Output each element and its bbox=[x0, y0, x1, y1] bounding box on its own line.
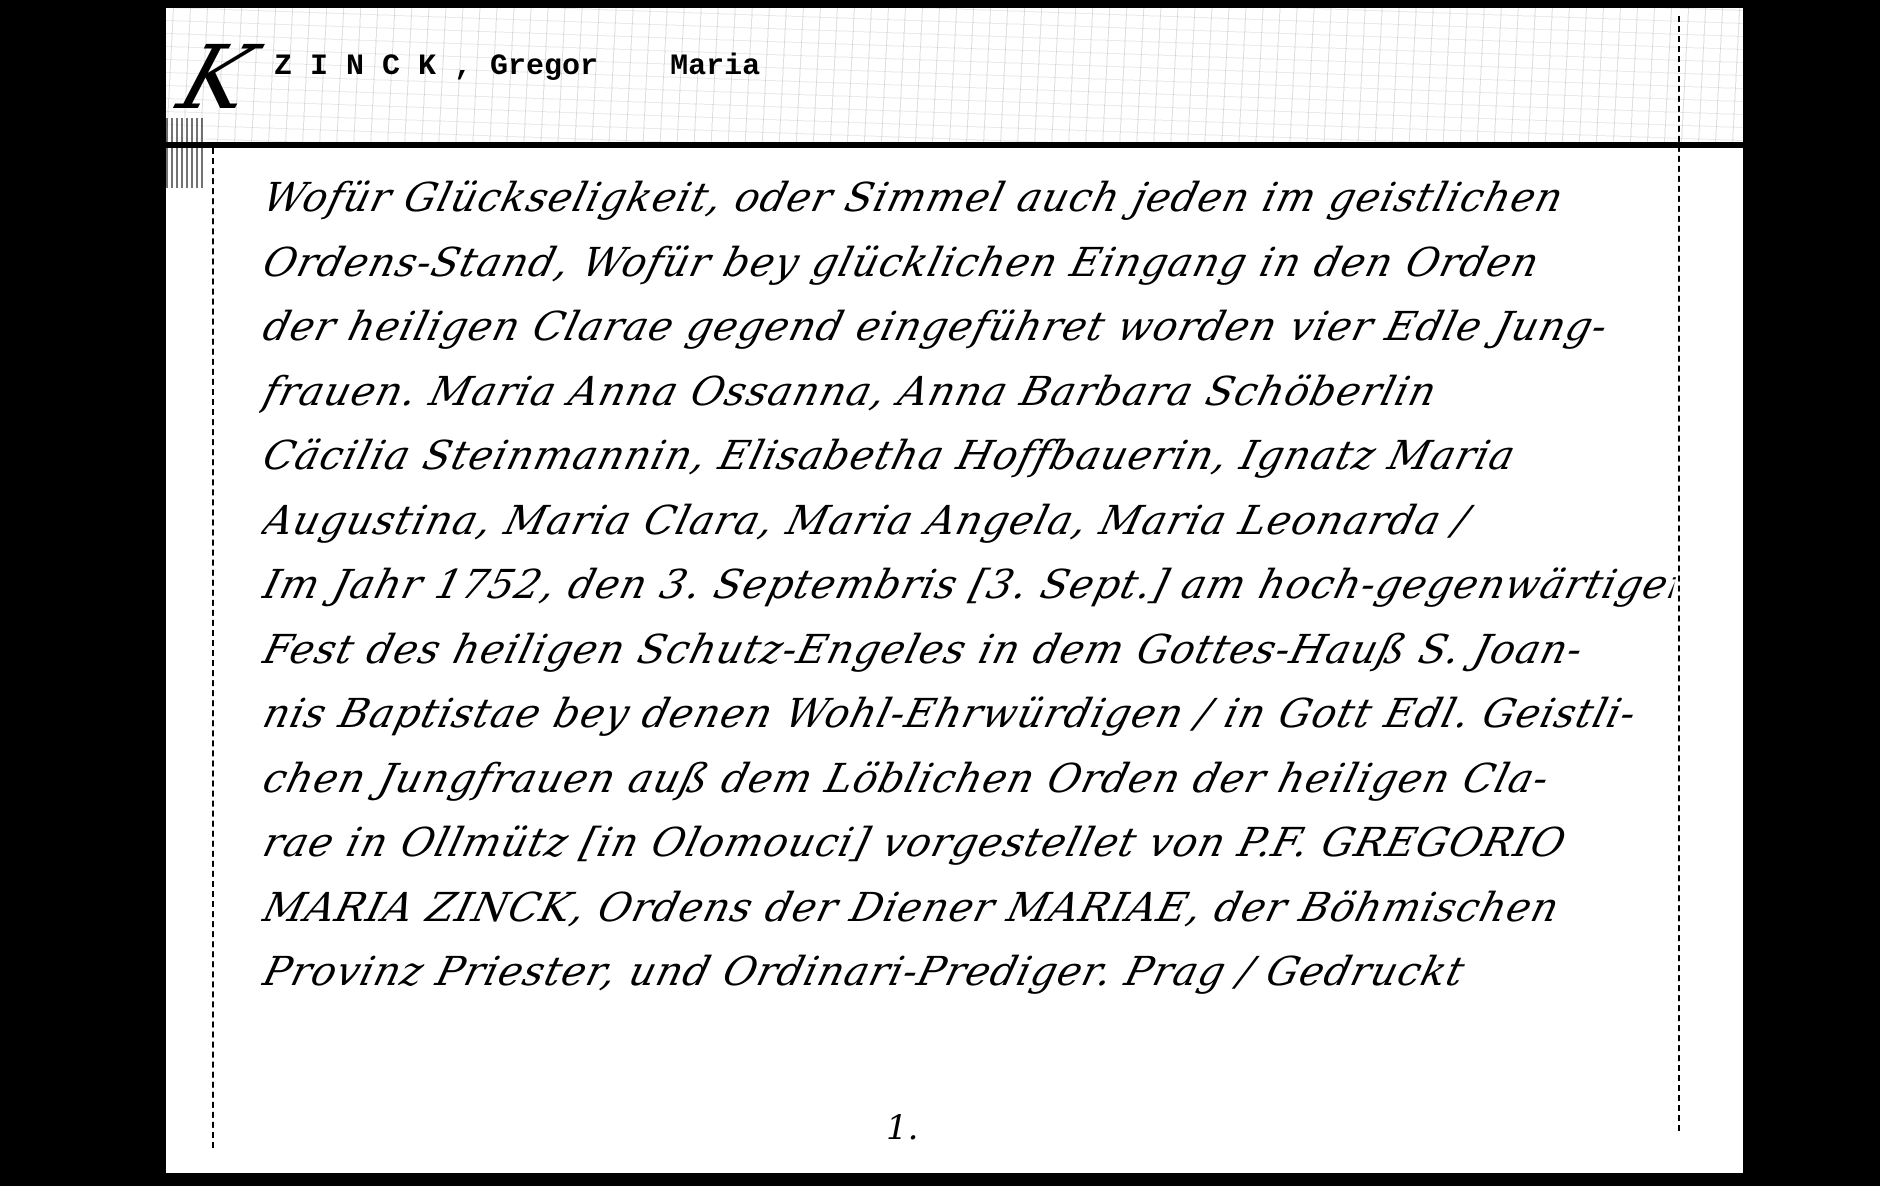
text-line: MARIA ZINCK, Ordens der Diener MARIAE, d… bbox=[256, 876, 1682, 941]
page-number: 1. bbox=[886, 1108, 918, 1148]
handwritten-initial: K bbox=[167, 26, 266, 129]
text-line: chen Jungfrauen auß dem Löblichen Orden … bbox=[256, 747, 1682, 812]
header-rule bbox=[166, 142, 1743, 148]
text-line: frauen. Maria Anna Ossanna, Anna Barbara… bbox=[256, 360, 1682, 425]
scan-noise bbox=[166, 118, 206, 188]
right-margin-line bbox=[1678, 16, 1680, 1131]
typed-name-heading: Z I N C K , Gregor Maria bbox=[274, 50, 760, 84]
text-line: Wofür Glückseligkeit, oder Simmel auch j… bbox=[256, 166, 1682, 231]
card-header: K Z I N C K , Gregor Maria bbox=[166, 8, 1743, 143]
text-line: rae in Ollmütz [in Olomouci] vorgestelle… bbox=[256, 811, 1682, 876]
left-margin-line bbox=[212, 148, 214, 1148]
text-line: Ordens-Stand, Wofür bey glücklichen Eing… bbox=[256, 231, 1682, 296]
text-line: Augustina, Maria Clara, Maria Angela, Ma… bbox=[256, 489, 1682, 554]
index-card: K Z I N C K , Gregor Maria Wofür Glückse… bbox=[166, 8, 1743, 1173]
text-line: Fest des heiligen Schutz-Engeles in dem … bbox=[256, 618, 1682, 683]
text-line: Provinz Priester, und Ordinari-Prediger.… bbox=[256, 940, 1682, 1005]
handwritten-text: Wofür Glückseligkeit, oder Simmel auch j… bbox=[256, 166, 1666, 1005]
text-line: der heiligen Clarae gegend eingeführet w… bbox=[256, 295, 1682, 360]
text-line: Im Jahr 1752, den 3. Septembris [3. Sept… bbox=[256, 553, 1682, 618]
text-line: Cäcilia Steinmannin, Elisabetha Hoffbaue… bbox=[256, 424, 1682, 489]
text-line: nis Baptistae bey denen Wohl-Ehrwürdigen… bbox=[256, 682, 1682, 747]
